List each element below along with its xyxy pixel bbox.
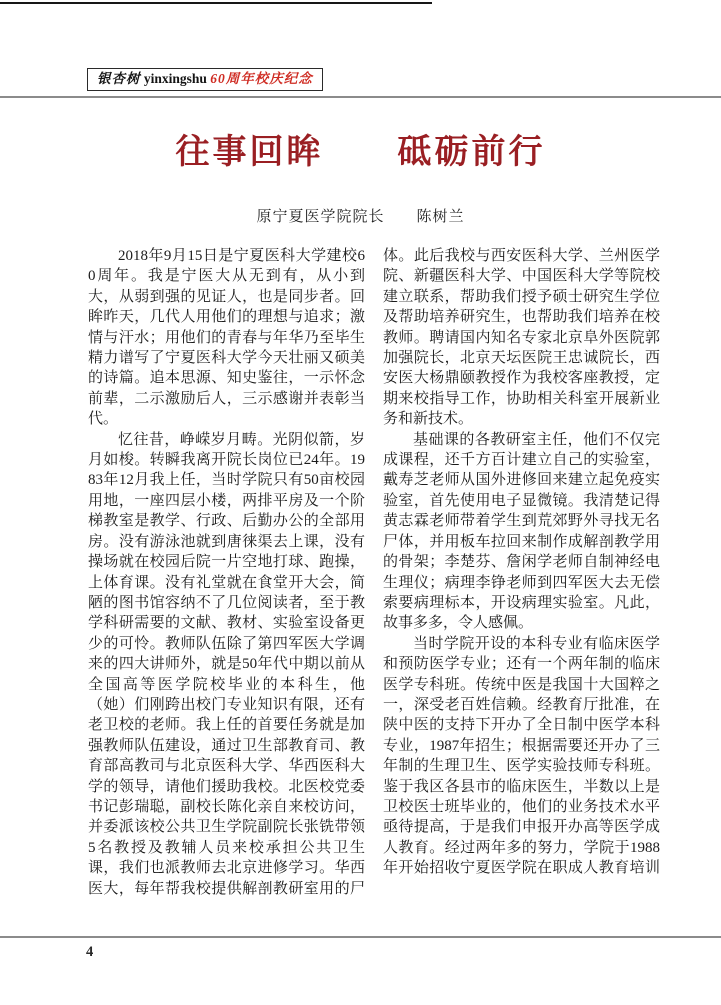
masthead-anniversary: 60周年校庆纪念 [210, 71, 313, 86]
article-title: 往事回眸 砥砺前行 [0, 133, 721, 173]
article-byline: 原宁夏医学院院长 陈树兰 [0, 205, 721, 226]
paragraph-3: 基础课的各教研室主任，他们不仅完成课程，还千方百计建立自己的实验室，戴寿芝老师从… [383, 430, 660, 634]
masthead-title: 银杏树 [97, 71, 141, 86]
page-number: 4 [86, 944, 93, 961]
paragraph-1: 2018年9月15日是宁夏医科大学建校60周年。我是宁医大从无到有，从小到大，从… [88, 246, 365, 430]
article-body: 2018年9月15日是宁夏医科大学建校60周年。我是宁医大从无到有，从小到大，从… [88, 246, 660, 914]
footer-rule [0, 936, 721, 938]
header-rule [0, 96, 721, 98]
document-page: 银杏树 yinxingshu 60周年校庆纪念 往事回眸 砥砺前行 原宁夏医学院… [0, 0, 721, 1005]
page-top-scan-edge [0, 2, 432, 4]
masthead-box: 银杏树 yinxingshu 60周年校庆纪念 [87, 68, 323, 91]
masthead-pinyin: yinxingshu [141, 71, 211, 86]
